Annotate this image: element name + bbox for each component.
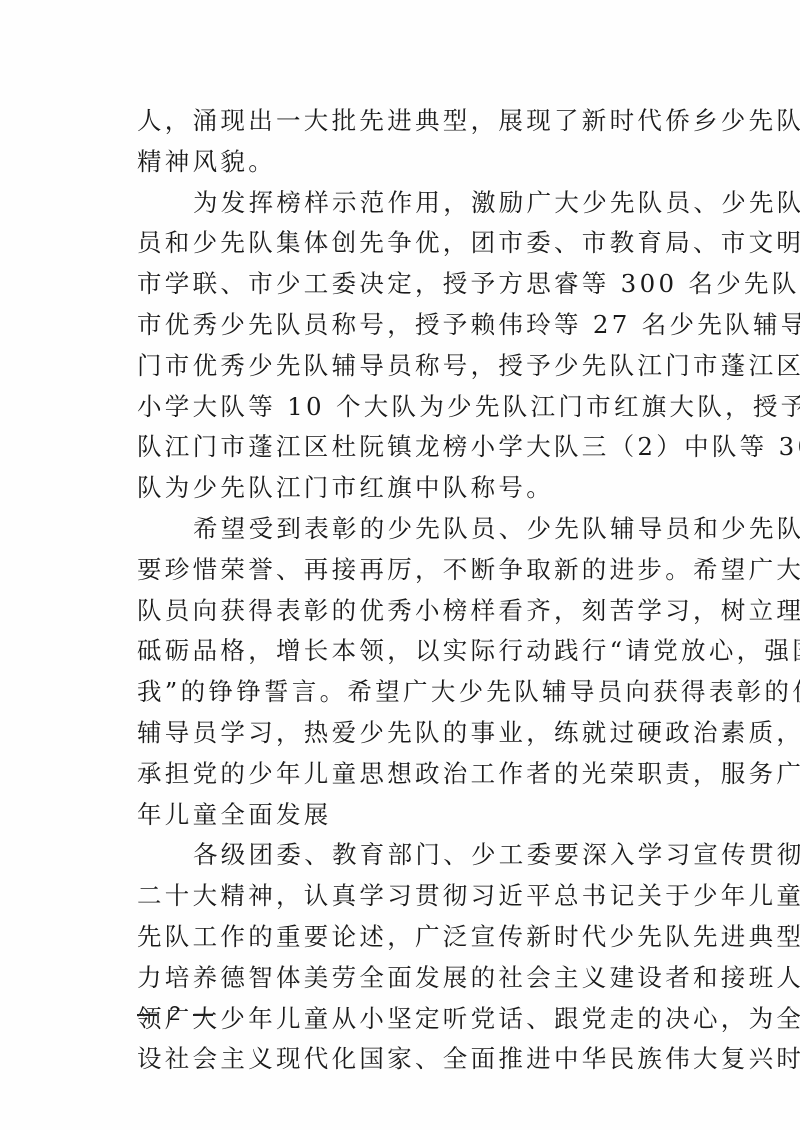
text-line: 要珍惜荣誉、再接再厉，不断争取新的进步。希望广大少先: [137, 550, 669, 591]
text-line: 承担党的少年儿童思想政治工作者的光荣职责，服务广大少: [137, 754, 669, 795]
text-line: 人，涌现出一大批先进典型，展现了新时代侨乡少先队员的: [137, 101, 669, 142]
text-line: 小学大队等 10 个大队为少先队江门市红旗大队，授予少先: [137, 387, 669, 428]
dash-left: [137, 1014, 157, 1016]
text-line: 我”的铮铮誓言。希望广大少先队辅导员向获得表彰的优秀: [137, 672, 669, 713]
text-line: 精神风貌。: [137, 142, 669, 183]
text-line: 门市优秀少先队辅导员称号，授予少先队江门市蓬江区里仁: [137, 346, 669, 387]
text-line: 力培养德智体美劳全面发展的社会主义建设者和接班人，引: [137, 958, 669, 999]
text-line: 队江门市蓬江区杜阮镇龙榜小学大队三（2）中队等 30 个中: [137, 427, 669, 468]
dash-right: [193, 1014, 213, 1016]
text-line: 设社会主义现代化国家、全面推进中华民族伟大复兴时刻准: [137, 1039, 669, 1080]
text-line: 市优秀少先队员称号，授予赖伟玲等 27 名少先队辅导员江: [137, 305, 669, 346]
text-line: 二十大精神，认真学习贯彻习近平总书记关于少年儿童和少: [137, 876, 669, 917]
text-line: 年儿童全面发展: [137, 795, 669, 836]
text-line: 员和少先队集体创先争优，团市委、市教育局、市文明办、: [137, 223, 669, 264]
text-line: 为发挥榜样示范作用，激励广大少先队员、少先队辅导: [137, 183, 669, 224]
document-page: 人，涌现出一大批先进典型，展现了新时代侨乡少先队员的 精神风貌。 为发挥榜样示范…: [0, 0, 800, 1130]
text-line: 砥砺品格，增长本领，以实际行动践行“请党放心，强国有: [137, 631, 669, 672]
text-line: 各级团委、教育部门、少工委要深入学习宣传贯彻党的: [137, 835, 669, 876]
text-line: 队员向获得表彰的优秀小榜样看齐，刻苦学习，树立理想，: [137, 591, 669, 632]
text-line: 队为少先队江门市红旗中队称号。: [137, 468, 669, 509]
paragraph-2: 为发挥榜样示范作用，激励广大少先队员、少先队辅导 员和少先队集体创先争优，团市委…: [137, 183, 669, 509]
paragraph-3: 希望受到表彰的少先队员、少先队辅导员和少先队集体 要珍惜荣誉、再接再厉，不断争取…: [137, 509, 669, 835]
text-line: 辅导员学习，热爱少先队的事业，练就过硬政治素质，更好: [137, 713, 669, 754]
page-number-value: 2: [169, 1003, 181, 1025]
paragraph-1: 人，涌现出一大批先进典型，展现了新时代侨乡少先队员的 精神风貌。: [137, 101, 669, 183]
text-line: 希望受到表彰的少先队员、少先队辅导员和少先队集体: [137, 509, 669, 550]
text-line: 先队工作的重要论述，广泛宣传新时代少先队先进典型，大: [137, 917, 669, 958]
document-body: 人，涌现出一大批先进典型，展现了新时代侨乡少先队员的 精神风貌。 为发挥榜样示范…: [137, 101, 669, 1080]
paragraph-4: 各级团委、教育部门、少工委要深入学习宣传贯彻党的 二十大精神，认真学习贯彻习近平…: [137, 835, 669, 1080]
text-line: 市学联、市少工委决定，授予方思睿等 300 名少先队员江门: [137, 264, 669, 305]
page-number: 2: [137, 1003, 225, 1026]
